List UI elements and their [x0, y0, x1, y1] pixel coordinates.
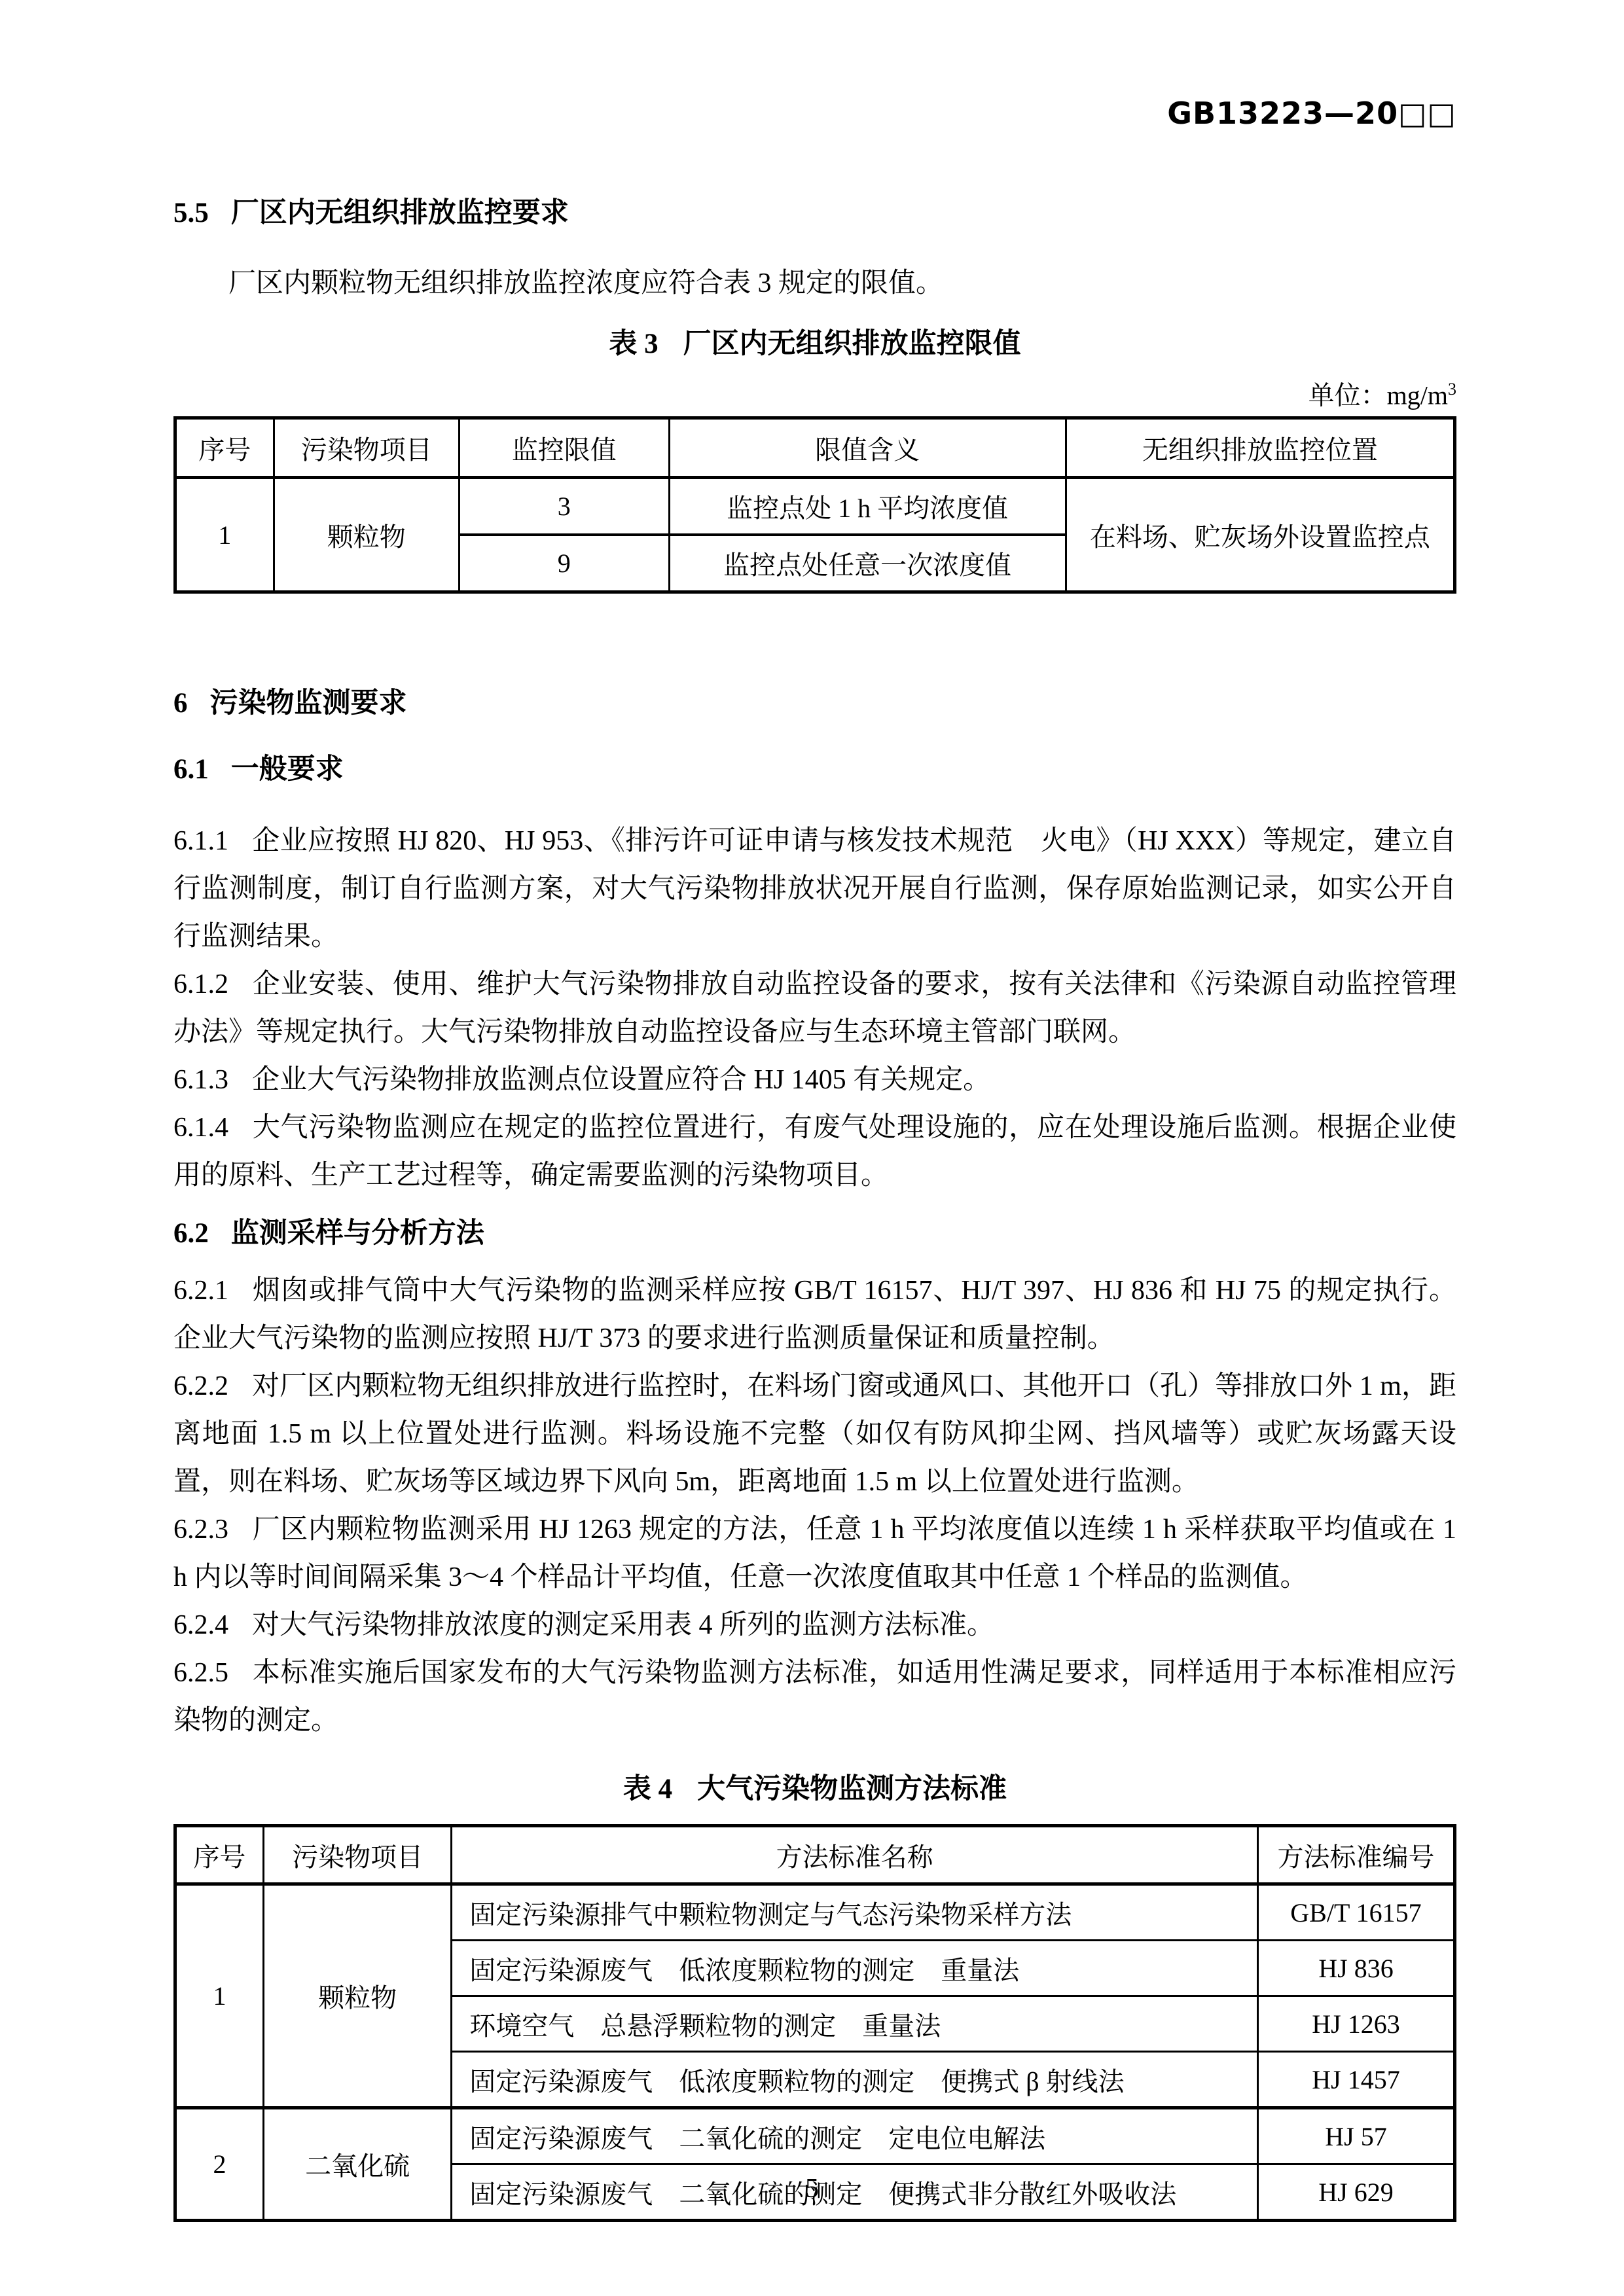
table3: 序号 污染物项目 监控限值 限值含义 无组织排放监控位置 1 颗粒物 3 监控点…: [173, 416, 1456, 594]
table3-header-seq: 序号: [175, 418, 274, 478]
table4-cell-method-name: 环境空气 总悬浮颗粒物的测定 重量法: [452, 1996, 1258, 2052]
table3-caption-title: 厂区内无组织排放监控限值: [683, 328, 1021, 359]
table4-header-seq: 序号: [175, 1826, 264, 1884]
paragraph-6-1-3-number: 6.1.3: [173, 1065, 228, 1095]
section-6-1-number: 6.1: [173, 754, 209, 785]
page-number: 5: [0, 2173, 1624, 2204]
table3-row-a: 1 颗粒物 3 监控点处 1 h 平均浓度值 在料场、贮灰场外设置监控点: [175, 478, 1455, 535]
table3-cell-meaning-a: 监控点处 1 h 平均浓度值: [669, 478, 1066, 535]
table4-cell-method-name: 固定污染源废气 二氧化硫的测定 定电位电解法: [452, 2108, 1258, 2164]
paragraph-6-2-4-number: 6.2.4: [173, 1610, 228, 1640]
table3-unit-note: 单位：mg/m3: [173, 375, 1456, 410]
section-6-1-title: 一般要求: [231, 753, 344, 785]
table3-header-row: 序号 污染物项目 监控限值 限值含义 无组织排放监控位置: [175, 418, 1455, 478]
paragraph-6-1-1-text: 企业应按照 HJ 820、HJ 953、《排污许可证申请与核发技术规范 火电》（…: [173, 826, 1456, 952]
paragraph-6-2-5-text: 本标准实施后国家发布的大气污染物监测方法标准，如适用性满足要求，同样适用于本标准…: [173, 1658, 1456, 1736]
paragraph-6-2-3-number: 6.2.3: [173, 1515, 228, 1545]
section-6-2-title: 监测采样与分析方法: [231, 1217, 484, 1249]
table4-cell-method-name: 固定污染源排气中颗粒物测定与气态污染物采样方法: [452, 1884, 1258, 1941]
table3-cell-seq: 1: [175, 478, 274, 592]
paragraph-6-2-1-text: 烟囱或排气筒中大气污染物的监测采样应按 GB/T 16157、HJ/T 397、…: [173, 1276, 1456, 1354]
section-6-2-heading: 6.2监测采样与分析方法: [173, 1215, 1456, 1251]
paragraph-6-2-1-number: 6.2.1: [173, 1276, 228, 1306]
table4-cell-seq-1: 1: [175, 1884, 264, 2108]
section-5-5-paragraph: 厂区内颗粒物无组织排放监控浓度应符合表 3 规定的限值。: [173, 260, 1456, 308]
paragraph-6-1-2-text: 企业安装、使用、维护大气污染物排放自动监控设备的要求，按有关法律和《污染源自动监…: [173, 969, 1456, 1047]
paragraph-6-1-3-text: 企业大气污染物排放监测点位设置应符合 HJ 1405 有关规定。: [252, 1065, 990, 1095]
section-5-5-heading: 5.5厂区内无组织排放监控要求: [173, 195, 1456, 231]
paragraph-6-2-4: 6.2.4对大气污染物排放浓度的测定采用表 4 所列的监测方法标准。: [173, 1602, 1456, 1649]
table3-header-limit: 监控限值: [460, 418, 670, 478]
table4-cell-method-code: HJ 57: [1257, 2108, 1454, 2164]
table4-cell-pollutant-1: 颗粒物: [263, 1884, 451, 2108]
table4-cell-method-name: 固定污染源废气 低浓度颗粒物的测定 重量法: [452, 1941, 1258, 1996]
paragraph-6-2-5-number: 6.2.5: [173, 1658, 228, 1688]
table4-caption: 表 4大气污染物监测方法标准: [173, 1771, 1456, 1807]
table3-cell-limit-b: 9: [460, 535, 670, 592]
paragraph-6-2-3: 6.2.3厂区内颗粒物监测采用 HJ 1263 规定的方法，任意 1 h 平均浓…: [173, 1506, 1456, 1602]
paragraph-6-2-2: 6.2.2对厂区内颗粒物无组织排放进行监控时，在料场门窗或通风口、其他开口（孔）…: [173, 1363, 1456, 1506]
table4-cell-method-name: 固定污染源废气 低浓度颗粒物的测定 便携式 β 射线法: [452, 2052, 1258, 2108]
paragraph-6-2-3-text: 厂区内颗粒物监测采用 HJ 1263 规定的方法，任意 1 h 平均浓度值以连续…: [173, 1515, 1456, 1592]
paragraph-6-1-3: 6.1.3企业大气污染物排放监测点位设置应符合 HJ 1405 有关规定。: [173, 1056, 1456, 1104]
paragraph-6-2-5: 6.2.5本标准实施后国家发布的大气污染物监测方法标准，如适用性满足要求，同样适…: [173, 1649, 1456, 1745]
table3-unit-text: 单位：mg/m: [1308, 380, 1448, 410]
paragraph-6-2-1: 6.2.1烟囱或排气筒中大气污染物的监测采样应按 GB/T 16157、HJ/T…: [173, 1267, 1456, 1363]
table4-cell-method-code: HJ 836: [1257, 1941, 1454, 1996]
paragraph-6-1-2: 6.1.2企业安装、使用、维护大气污染物排放自动监控设备的要求，按有关法律和《污…: [173, 961, 1456, 1056]
paragraph-6-1-4-text: 大气污染物监测应在规定的监控位置进行，有废气处理设施的，应在处理设施后监测。根据…: [173, 1113, 1456, 1191]
paragraph-6-2-4-text: 对大气污染物排放浓度的测定采用表 4 所列的监测方法标准。: [252, 1610, 994, 1640]
table4-cell-method-code: HJ 1263: [1257, 1996, 1454, 2052]
table3-cell-meaning-b: 监控点处任意一次浓度值: [669, 535, 1066, 592]
table4: 序号 污染物项目 方法标准名称 方法标准编号 1 颗粒物 固定污染源排气中颗粒物…: [173, 1824, 1456, 2222]
table4-cell-method-code: HJ 1457: [1257, 2052, 1454, 2108]
table3-cell-limit-a: 3: [460, 478, 670, 535]
table4-caption-number: 表 4: [623, 1774, 672, 1804]
table3-header-pollutant: 污染物项目: [274, 418, 459, 478]
table3-header-location: 无组织排放监控位置: [1066, 418, 1454, 478]
document-page: GB13223—20□□ 5.5厂区内无组织排放监控要求 厂区内颗粒物无组织排放…: [0, 0, 1624, 2296]
table3-cell-pollutant: 颗粒物: [274, 478, 459, 592]
table3-cell-location: 在料场、贮灰场外设置监控点: [1066, 478, 1454, 592]
standard-code: GB13223—20□□: [173, 97, 1456, 130]
section-6-title: 污染物监测要求: [210, 687, 407, 719]
paragraph-6-1-4-number: 6.1.4: [173, 1113, 228, 1143]
table3-header-meaning: 限值含义: [669, 418, 1066, 478]
table4-header-row: 序号 污染物项目 方法标准名称 方法标准编号: [175, 1826, 1455, 1884]
paragraph-6-1-4: 6.1.4大气污染物监测应在规定的监控位置进行，有废气处理设施的，应在处理设施后…: [173, 1104, 1456, 1200]
paragraph-6-1-1-number: 6.1.1: [173, 826, 228, 856]
paragraph-6-1-1: 6.1.1企业应按照 HJ 820、HJ 953、《排污许可证申请与核发技术规范…: [173, 817, 1456, 961]
table4-header-method-name: 方法标准名称: [452, 1826, 1258, 1884]
section-5-5-title: 厂区内无组织排放监控要求: [231, 197, 569, 228]
table4-row: 1 颗粒物 固定污染源排气中颗粒物测定与气态污染物采样方法 GB/T 16157: [175, 1884, 1455, 1941]
section-5-5-number: 5.5: [173, 198, 209, 228]
table4-row: 2 二氧化硫 固定污染源废气 二氧化硫的测定 定电位电解法 HJ 57: [175, 2108, 1455, 2164]
table4-header-pollutant: 污染物项目: [263, 1826, 451, 1884]
table3-unit-superscript: 3: [1448, 380, 1456, 399]
table4-caption-title: 大气污染物监测方法标准: [697, 1773, 1007, 1804]
section-6-heading: 6污染物监测要求: [173, 685, 1456, 721]
section-6-2-number: 6.2: [173, 1218, 209, 1249]
table4-cell-method-code: GB/T 16157: [1257, 1884, 1454, 1941]
table3-caption-number: 表 3: [609, 329, 658, 359]
table4-header-method-code: 方法标准编号: [1257, 1826, 1454, 1884]
section-6-1-heading: 6.1一般要求: [173, 751, 1456, 787]
paragraph-6-2-2-number: 6.2.2: [173, 1371, 228, 1401]
paragraph-6-2-2-text: 对厂区内颗粒物无组织排放进行监控时，在料场门窗或通风口、其他开口（孔）等排放口外…: [173, 1371, 1456, 1497]
section-6-number: 6: [173, 688, 188, 719]
table3-caption: 表 3厂区内无组织排放监控限值: [173, 326, 1456, 362]
paragraph-6-1-2-number: 6.1.2: [173, 969, 228, 999]
